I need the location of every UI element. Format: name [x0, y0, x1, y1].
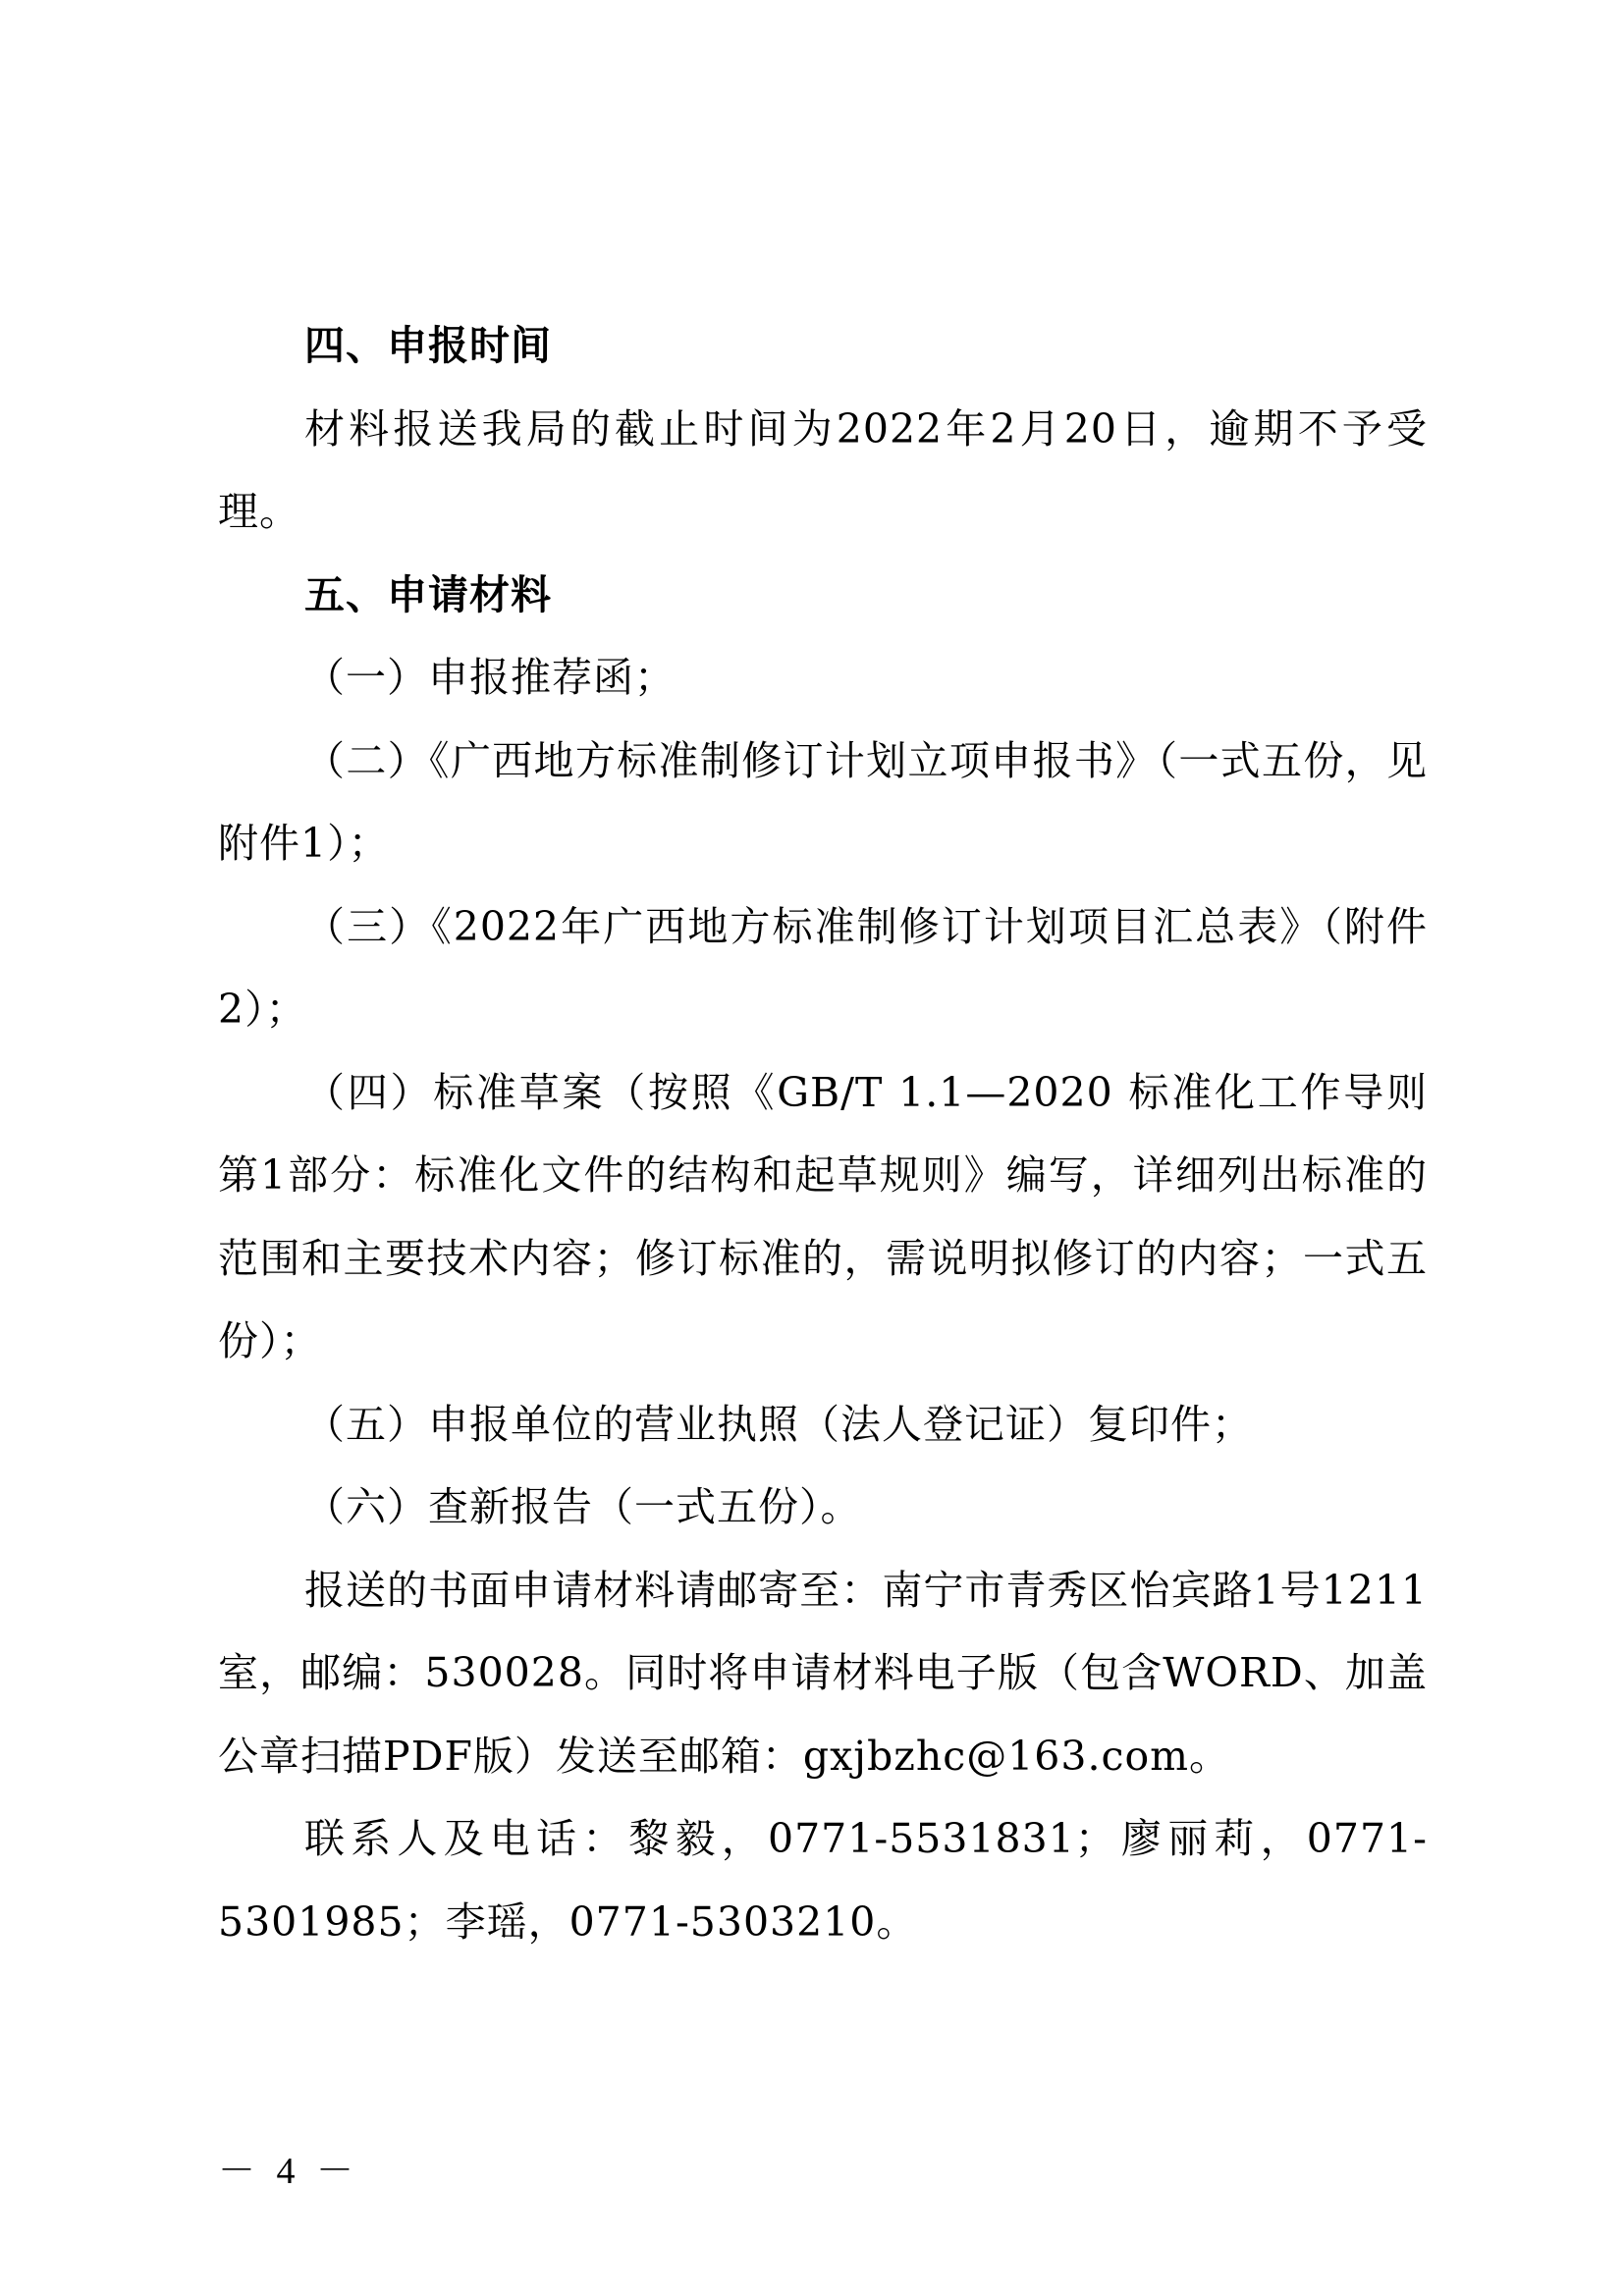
materials-item-3: （三）《2022年广西地方标准制修订计划项目汇总表》（附件2）；: [218, 885, 1428, 1051]
section-heading-deadline: 四、申报时间: [218, 304, 1428, 388]
document-page: 四、申报时间 材料报送我局的截止时间为2022年2月20日，逾期不予受理。 五、…: [0, 0, 1624, 2296]
document-body: 四、申报时间 材料报送我局的截止时间为2022年2月20日，逾期不予受理。 五、…: [218, 304, 1428, 1963]
page-number: － 4 －: [218, 2140, 359, 2194]
materials-item-5: （五）申报单位的营业执照（法人登记证）复印件；: [218, 1383, 1428, 1467]
materials-item-4: （四）标准草案（按照《GB/T 1.1—2020 标准化工作导则 第1部分：标准…: [218, 1051, 1428, 1383]
section-heading-materials: 五、申请材料: [218, 554, 1428, 637]
paragraph-mailing-address: 报送的书面申请材料请邮寄至：南宁市青秀区怡宾路1号1211室，邮编：530028…: [218, 1549, 1428, 1798]
materials-item-6: （六）查新报告（一式五份）。: [218, 1466, 1428, 1549]
materials-item-1: （一）申报推荐函；: [218, 636, 1428, 720]
materials-item-2: （二）《广西地方标准制修订计划立项申报书》（一式五份，见附件1）；: [218, 720, 1428, 885]
paragraph-contacts: 联系人及电话：黎毅，0771-5531831；廖丽莉，0771-5301985；…: [218, 1797, 1428, 1963]
paragraph-deadline: 材料报送我局的截止时间为2022年2月20日，逾期不予受理。: [218, 388, 1428, 554]
